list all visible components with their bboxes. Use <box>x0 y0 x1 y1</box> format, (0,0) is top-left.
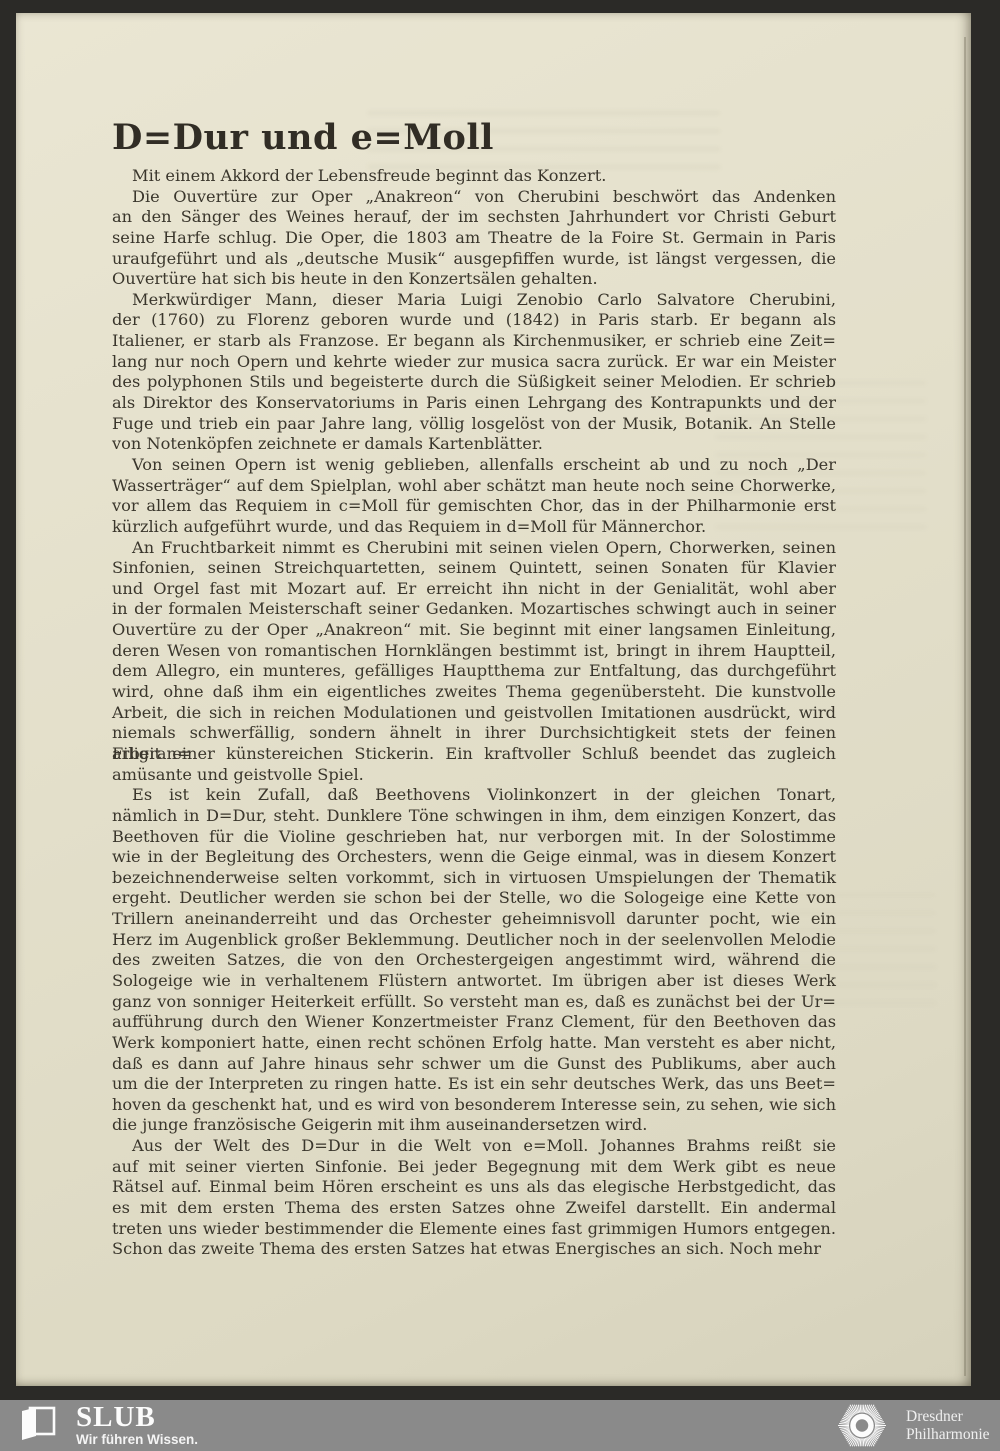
text-line: Es ist kein Zufall, daß Beethovens Violi… <box>112 785 836 806</box>
text-line: treten uns wieder bestimmender die Eleme… <box>112 1219 836 1240</box>
text-line: seine Harfe schlug. Die Oper, die 1803 a… <box>112 228 836 249</box>
paragraph: Merkwürdiger Mann, dieser Maria Luigi Ze… <box>112 290 836 455</box>
text-line: hoven da geschenkt hat, und es wird von … <box>112 1095 836 1116</box>
text-line: des zweiten Satzes, die von den Orcheste… <box>112 950 836 971</box>
text-line: ganz von sonniger Heiterkeit erfüllt. So… <box>112 992 836 1013</box>
text-line: die junge französische Geigerin mit ihm … <box>112 1115 836 1136</box>
text-line: dem Allegro, ein munteres, gefälliges Ha… <box>112 661 836 682</box>
text-line: Sologeige wie in verhaltenem Flüstern an… <box>112 971 836 992</box>
text-line: Ouvertüre hat sich bis heute in den Konz… <box>112 269 836 290</box>
text-line: Schon das zweite Thema des ersten Satzes… <box>112 1239 836 1260</box>
text-line: Sinfonien, seinen Streichquartetten, sei… <box>112 558 836 579</box>
slub-logo[interactable]: SLUB Wir führen Wissen. <box>16 1400 226 1451</box>
text-line: An Fruchtbarkeit nimmt es Cherubini mit … <box>112 538 836 559</box>
text-line: Merkwürdiger Mann, dieser Maria Luigi Ze… <box>112 290 836 311</box>
text-line: auf mit seiner vierten Sinfonie. Bei jed… <box>112 1157 836 1178</box>
text-line: Rätsel auf. Einmal beim Hören erscheint … <box>112 1177 836 1198</box>
footer-bar: SLUB Wir führen Wissen. Dresdner Philhar… <box>0 1400 1000 1451</box>
text-line: deren Wesen von romantischen Hornklängen… <box>112 641 836 662</box>
text-line: von Notenköpfen zeichnete er damals Kart… <box>112 434 836 455</box>
text-line: an den Sänger des Weines herauf, der im … <box>112 207 836 228</box>
text-line: Herz im Augenblick großer Beklemmung. De… <box>112 930 836 951</box>
text-line: daß es dann auf Jahre hinaus sehr schwer… <box>112 1054 836 1075</box>
text-line: in der formalen Meisterschaft seiner Ged… <box>112 599 836 620</box>
text-line: vor allem das Requiem in c=Moll für gemi… <box>112 496 836 517</box>
scanned-page: D=Dur und e=Moll Mit einem Akkord der Le… <box>16 13 971 1386</box>
text-line: Trillern aneinanderreiht und das Orchest… <box>112 909 836 930</box>
text-line: Fuge und trieb ein paar Jahre lang, völl… <box>112 414 836 435</box>
text-line: lang nur noch Opern und kehrte wieder zu… <box>112 352 836 373</box>
paragraph: An Fruchtbarkeit nimmt es Cherubini mit … <box>112 538 836 786</box>
text-line: wird, ohne daß ihm ein eigentliches zwei… <box>112 682 836 703</box>
text-line: um die der Interpreten zu ringen hatte. … <box>112 1074 836 1095</box>
open-book-icon <box>18 1405 56 1445</box>
text-line: und Orgel fast mit Mozart auf. Er erreic… <box>112 579 836 600</box>
text-line: arbeit einer künstereichen Stickerin. Ei… <box>112 744 836 765</box>
text-line: es mit dem ersten Thema des ersten Satze… <box>112 1198 836 1219</box>
text-line: aufführung durch den Wiener Konzertmeist… <box>112 1012 836 1033</box>
text-line: niemals schwerfällig, sondern ähnelt in … <box>112 723 836 744</box>
philharmonie-name-line2: Philharmonie <box>906 1426 990 1444</box>
text-line: wie in der Begleitung des Orchesters, we… <box>112 847 836 868</box>
text-line: nämlich in D=Dur, steht. Dunklere Töne s… <box>112 806 836 827</box>
text-line: des polyphonen Stils und begeisterte dur… <box>112 372 836 393</box>
text-line: Die Ouvertüre zur Oper „Anakreon“ von Ch… <box>112 187 836 208</box>
philharmonie-name-line1: Dresdner <box>906 1408 990 1426</box>
paragraph: Von seinen Opern ist wenig geblieben, al… <box>112 455 836 538</box>
text-line: Italiener, er starb als Franzose. Er beg… <box>112 331 836 352</box>
text-line: Wasserträger“ auf dem Spielplan, wohl ab… <box>112 476 836 497</box>
paragraph: Die Ouvertüre zur Oper „Anakreon“ von Ch… <box>112 187 836 290</box>
text-line: Mit einem Akkord der Lebensfreude beginn… <box>112 166 836 187</box>
text-line: bezeichnenderweise selten vorkommt, sich… <box>112 868 836 889</box>
text-line: als Direktor des Konservatoriums in Pari… <box>112 393 836 414</box>
text-line: kürzlich aufgeführt wurde, und das Requi… <box>112 517 836 538</box>
philharmonie-logo[interactable]: Dresdner Philharmonie <box>834 1400 1000 1451</box>
text-line: Werk komponiert hatte, einen recht schön… <box>112 1033 836 1054</box>
article-body: Mit einem Akkord der Lebensfreude beginn… <box>112 166 836 1260</box>
text-line: ergeht. Deutlicher werden sie schon bei … <box>112 888 836 909</box>
philharmonie-name: Dresdner Philharmonie <box>906 1408 990 1443</box>
slub-wordmark: SLUB <box>76 1401 156 1434</box>
text-line: Arbeit, die sich in reichen Modulationen… <box>112 703 836 724</box>
paragraph: Es ist kein Zufall, daß Beethovens Violi… <box>112 785 836 1136</box>
slub-tagline: Wir führen Wissen. <box>76 1432 198 1447</box>
paragraph: Aus der Welt des D=Dur in die Welt von e… <box>112 1136 836 1260</box>
paragraph: Mit einem Akkord der Lebensfreude beginn… <box>112 166 836 187</box>
page-title: D=Dur und e=Moll <box>112 117 494 158</box>
text-line: Beethoven für die Violine geschrieben ha… <box>112 827 836 848</box>
text-line: Aus der Welt des D=Dur in die Welt von e… <box>112 1136 836 1157</box>
starburst-icon <box>834 1400 890 1451</box>
text-line: Ouvertüre zu der Oper „Anakreon“ mit. Si… <box>112 620 836 641</box>
text-line: der (1760) zu Florenz geboren wurde und … <box>112 310 836 331</box>
text-line: Von seinen Opern ist wenig geblieben, al… <box>112 455 836 476</box>
text-line: amüsante und geistvolle Spiel. <box>112 765 836 786</box>
text-line: uraufgeführt und als „deutsche Musik“ au… <box>112 249 836 270</box>
